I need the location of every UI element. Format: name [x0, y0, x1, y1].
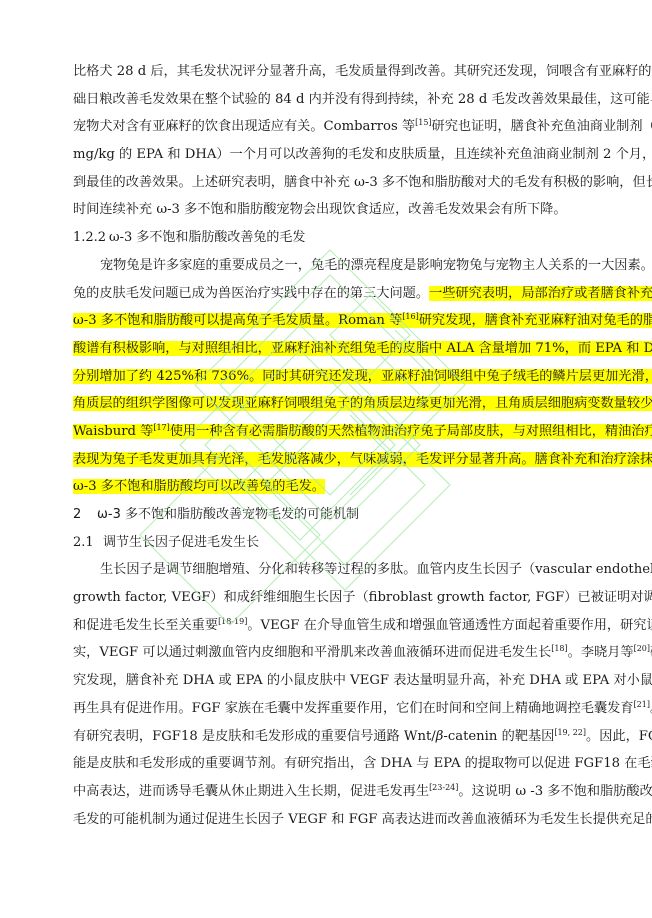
text-line: 比格犬 28 d 后，其毛发状况评分显著升高，毛发质量得到改善。其研究还发现，饲… [73, 58, 609, 86]
text-segment: 宠物犬对含有亚麻籽的饮食出现适应有关。Combarros 等 [73, 119, 415, 134]
highlighted-text: 分别增加了约 425%和 736%。同时其研究还发现，亚麻籽油饲喂组中兔子绒毛的… [73, 369, 652, 384]
text-line: 础日粮改善毛发效果在整个试验的 84 d 内并没有得到持续，补充 28 d 毛发… [73, 86, 609, 114]
text-line: 和促进毛发生长至关重要[18-19]。VEGF 在介导血管生成和增强血管通透性方… [73, 612, 609, 640]
highlighted-text: 酸谱有积极影响，与对照组相比，亚麻籽油补充组兔毛的皮脂中 ALA 含量增加 71… [73, 341, 652, 356]
citation-ref: [18] [551, 644, 567, 653]
text-segment: 研究也证明，膳食补充鱼油商业制剂（20.4 [432, 119, 652, 134]
citation-ref: [17] [153, 423, 169, 432]
text-line: 角质层的组织学图像可以发现亚麻籽饲喂组兔子的角质层边缘更加光滑，且角质层细胞病变… [73, 390, 609, 418]
text-line: 到最佳的改善效果。上述研究表明，膳食中补充 ω-3 多不饱和脂肪酸对犬的毛发有积… [73, 169, 609, 197]
heading-number: 2 [73, 501, 97, 529]
text-line: 能是皮肤和毛发形成的重要调节剂。有研究指出，含 DHA 与 EPA 的提取物可以… [73, 750, 609, 778]
text-line: 毛发的可能机制为通过促进生长因子 VEGF 和 FGF 高表达进而改善血液循环为… [73, 806, 609, 834]
highlighted-text: Waisburd 等[17]使用一种含有必需脂肪酸的天然植物油治疗兔子局部皮肤，… [73, 424, 652, 439]
citation-ref: [18-19] [218, 617, 247, 626]
text-line: 兔的皮肤毛发问题已成为兽医治疗实践中存在的第三大问题。一些研究表明，局部治疗或者… [73, 280, 609, 308]
text-line: ω-3 多不饱和脂肪酸可以提高兔子毛发质量。Roman 等[16]研究发现，膳食… [73, 307, 609, 335]
heading-title: ω-3 多不饱和脂肪酸改善兔的毛发 [109, 230, 305, 245]
text-segment: 兔的皮肤毛发问题已成为兽医治疗实践中存在的第三大问题。 [73, 286, 429, 301]
section-heading-2: 2ω-3 多不饱和脂肪酸改善宠物毛发的可能机制 [73, 501, 609, 529]
section-heading-1-2-2: 1.2.2ω-3 多不饱和脂肪酸改善兔的毛发 [73, 224, 609, 252]
text-line: 再生具有促进作用。FGF 家族在毛囊中发挥重要作用，它们在时间和空间上精确地调控… [73, 695, 609, 723]
section-heading-2-1: 2.1调节生长因子促进毛发生长 [73, 529, 609, 557]
text-line: 生长因子是调节细胞增殖、分化和转移等过程的多肽。血管内皮生长因子（vascula… [73, 556, 609, 584]
heading-number: 2.1 [73, 529, 103, 557]
text-line: 究发现，膳食补充 DHA 或 EPA 的小鼠皮肤中 VEGF 表达量明显升高，补… [73, 667, 609, 695]
highlighted-text: 一些研究表明，局部治疗或者膳食补充 [429, 286, 652, 301]
document-page: 比格犬 28 d 后，其毛发状况评分显著升高，毛发质量得到改善。其研究还发现，饲… [0, 0, 652, 918]
citation-ref: [19, 22] [554, 728, 586, 737]
highlighted-text: ω-3 多不饱和脂肪酸均可以改善兔的毛发。 [73, 479, 325, 494]
text-line: mg/kg 的 EPA 和 DHA）一个月可以改善狗的毛发和皮肤质量，且连续补充… [73, 141, 609, 169]
text-line: 实，VEGF 可以通过刺激血管内皮细胞和平滑肌来改善血液循环进而促进毛发生长[1… [73, 639, 609, 667]
citation-ref: [15] [415, 118, 431, 127]
heading-number: 1.2.2 [73, 224, 109, 252]
text-line: 宠物兔是许多家庭的重要成员之一，兔毛的漂亮程度是影响宠物兔与宠物主人关系的一大因… [73, 252, 609, 280]
text-line: 中高表达，进而诱导毛囊从休止期进入生长期，促进毛发再生[23-24]。这说明 ω… [73, 778, 609, 806]
citation-ref: [16] [402, 312, 418, 321]
text-line: ω-3 多不饱和脂肪酸均可以改善兔的毛发。 [73, 473, 609, 501]
text-line: 分别增加了约 425%和 736%。同时其研究还发现，亚麻籽油饲喂组中兔子绒毛的… [73, 363, 609, 391]
citation-ref: [23-24] [429, 783, 458, 792]
citation-ref: [20] [634, 644, 650, 653]
text-line: Waisburd 等[17]使用一种含有必需脂肪酸的天然植物油治疗兔子局部皮肤，… [73, 418, 609, 446]
text-line: growth factor, VEGF）和成纤维细胞生长因子（fibroblas… [73, 584, 609, 612]
text-line: 时间连续补充 ω-3 多不饱和脂肪酸宠物会出现饮食适应，改善毛发效果会有所下降。 [73, 196, 609, 224]
heading-title: ω-3 多不饱和脂肪酸改善宠物毛发的可能机制 [97, 507, 359, 522]
highlighted-text: 角质层的组织学图像可以发现亚麻籽饲喂组兔子的角质层边缘更加光滑，且角质层细胞病变… [73, 396, 652, 411]
text-line: 酸谱有积极影响，与对照组相比，亚麻籽油补充组兔毛的皮脂中 ALA 含量增加 71… [73, 335, 609, 363]
citation-ref: [21] [634, 700, 650, 709]
heading-title: 调节生长因子促进毛发生长 [103, 535, 259, 550]
text-line: 表现为兔子毛发更加具有光泽，毛发脱落减少，气味减弱，毛发评分显著升高。膳食补充和… [73, 446, 609, 474]
text-line: 宠物犬对含有亚麻籽的饮食出现适应有关。Combarros 等[15]研究也证明，… [73, 113, 609, 141]
text-line: 有研究表明，FGF18 是皮肤和毛发形成的重要信号通路 Wnt/β-cateni… [73, 723, 609, 751]
highlighted-text: 表现为兔子毛发更加具有光泽，毛发脱落减少，气味减弱，毛发评分显著升高。膳食补充和… [73, 452, 652, 467]
document-body: 比格犬 28 d 后，其毛发状况评分显著升高，毛发质量得到改善。其研究还发现，饲… [73, 58, 609, 833]
highlighted-text: ω-3 多不饱和脂肪酸可以提高兔子毛发质量。Roman 等[16]研究发现，膳食… [73, 313, 652, 328]
